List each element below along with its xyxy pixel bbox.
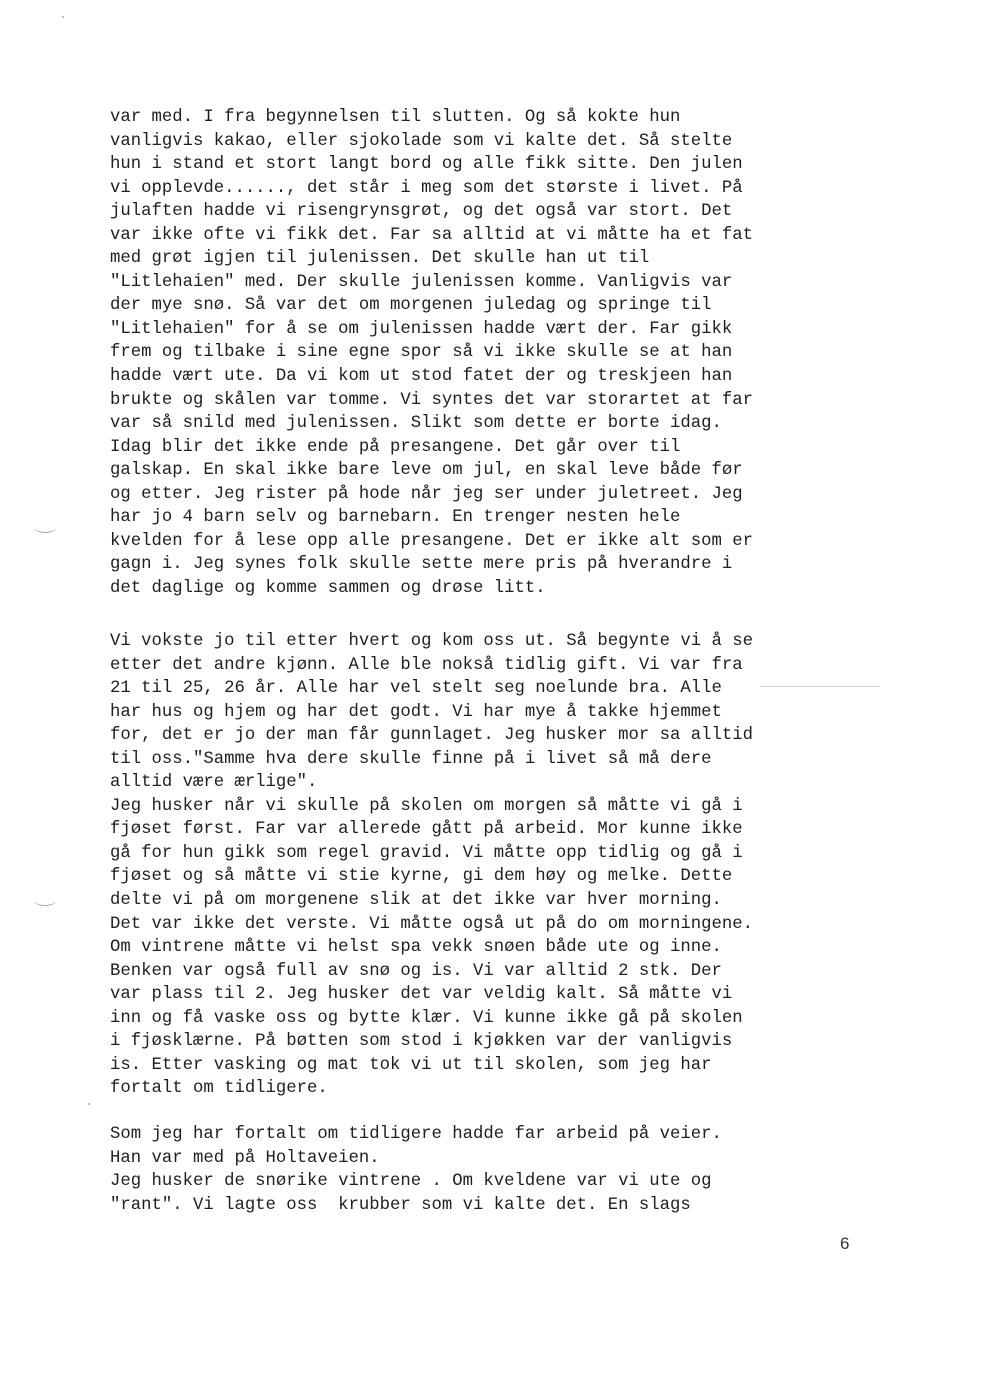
text-line: fjøset og så måtte vi stie kyrne, gi dem… xyxy=(110,865,753,889)
text-line: Om vintrene måtte vi helst spa vekk snøe… xyxy=(110,936,753,960)
text-line: har hus og hjem og har det godt. Vi har … xyxy=(110,701,753,725)
text-line: 21 til 25, 26 år. Alle har vel stelt seg… xyxy=(110,677,753,701)
text-line: Idag blir det ikke ende på presangene. D… xyxy=(110,436,753,460)
text-line: brukte og skålen var tomme. Vi syntes de… xyxy=(110,389,753,413)
text-line: vanligvis kakao, eller sjokolade som vi … xyxy=(110,130,753,154)
scan-stray-line xyxy=(760,686,880,687)
text-line: der mye snø. Så var det om morgenen jule… xyxy=(110,294,753,318)
text-line: med grøt igjen til julenissen. Det skull… xyxy=(110,247,753,271)
text-line: Som jeg har fortalt om tidligere hadde f… xyxy=(110,1123,722,1147)
text-line: Han var med på Holtaveien. xyxy=(110,1147,722,1171)
text-line: var med. I fra begynnelsen til slutten. … xyxy=(110,106,753,130)
text-line: julaften hadde vi risengrynsgrøt, og det… xyxy=(110,200,753,224)
text-line: var så snild med julenissen. Slikt som d… xyxy=(110,412,753,436)
text-line: gagn i. Jeg synes folk skulle sette mere… xyxy=(110,553,753,577)
text-line: Vi vokste jo til etter hvert og kom oss … xyxy=(110,630,753,654)
text-line: fortalt om tidligere. xyxy=(110,1077,753,1101)
scanned-page: var med. I fra begynnelsen til slutten. … xyxy=(0,0,1000,1375)
text-line: for, det er jo der man får gunnlaget. Je… xyxy=(110,724,753,748)
scan-speck xyxy=(62,16,64,18)
text-line: vi opplevde......, det står i meg som de… xyxy=(110,177,753,201)
paragraph-christmas: var med. I fra begynnelsen til slutten. … xyxy=(110,106,753,600)
text-line: etter det andre kjønn. Alle ble nokså ti… xyxy=(110,654,753,678)
text-line: og etter. Jeg rister på hode når jeg ser… xyxy=(110,483,753,507)
text-line: inn og få vaske oss og bytte klær. Vi ku… xyxy=(110,1007,753,1031)
paragraph-winters: Som jeg har fortalt om tidligere hadde f… xyxy=(110,1123,722,1217)
punch-hole-mark xyxy=(34,522,56,533)
text-line: Jeg husker de snørike vintrene . Om kvel… xyxy=(110,1170,722,1194)
text-line: alltid være ærlige". xyxy=(110,771,753,795)
punch-hole-mark xyxy=(34,895,56,906)
text-line: kvelden for å lese opp alle presangene. … xyxy=(110,530,753,554)
text-line: frem og tilbake i sine egne spor så vi i… xyxy=(110,341,753,365)
text-line: galskap. En skal ikke bare leve om jul, … xyxy=(110,459,753,483)
text-line: til oss."Samme hva dere skulle finne på … xyxy=(110,748,753,772)
text-line: det daglige og komme sammen og drøse lit… xyxy=(110,577,753,601)
text-line: i fjøsklærne. På bøtten som stod i kjøkk… xyxy=(110,1030,753,1054)
text-line: Jeg husker når vi skulle på skolen om mo… xyxy=(110,795,753,819)
text-line: gå for hun gikk som regel gravid. Vi måt… xyxy=(110,842,753,866)
text-line: is. Etter vasking og mat tok vi ut til s… xyxy=(110,1054,753,1078)
text-line: hadde vært ute. Da vi kom ut stod fatet … xyxy=(110,365,753,389)
text-line: Det var ikke det verste. Vi måtte også u… xyxy=(110,913,753,937)
scan-speck xyxy=(88,1103,90,1105)
text-line: delte vi på om morgenene slik at det ikk… xyxy=(110,889,753,913)
paragraph-growing-up: Vi vokste jo til etter hvert og kom oss … xyxy=(110,630,753,1101)
text-line: "Litlehaien" for å se om julenissen hadd… xyxy=(110,318,753,342)
page-number: 6 xyxy=(840,1234,849,1254)
text-line: "Litlehaien" med. Der skulle julenissen … xyxy=(110,271,753,295)
text-line: har jo 4 barn selv og barnebarn. En tren… xyxy=(110,506,753,530)
text-line: hun i stand et stort langt bord og alle … xyxy=(110,153,753,177)
text-line: var plass til 2. Jeg husker det var veld… xyxy=(110,983,753,1007)
text-line: var ikke ofte vi fikk det. Far sa alltid… xyxy=(110,224,753,248)
text-line: Benken var også full av snø og is. Vi va… xyxy=(110,960,753,984)
text-line: "rant". Vi lagte oss krubber som vi kalt… xyxy=(110,1194,722,1218)
text-line: fjøset først. Far var allerede gått på a… xyxy=(110,818,753,842)
